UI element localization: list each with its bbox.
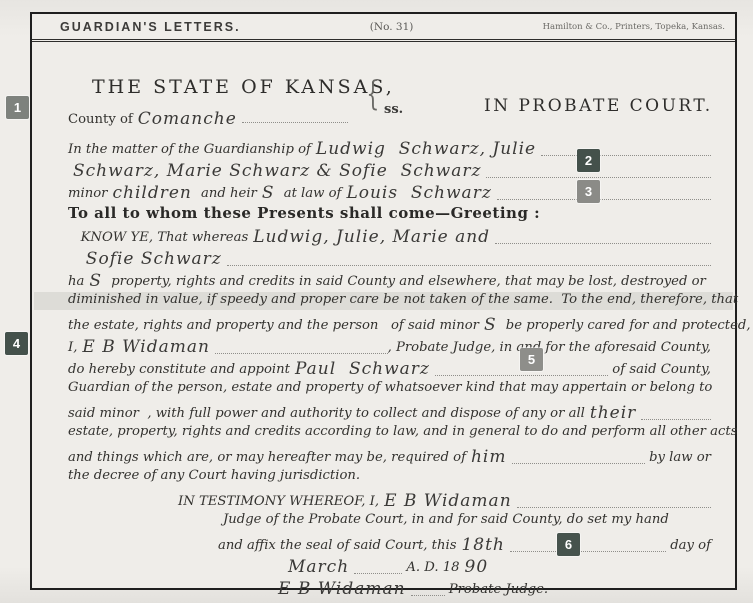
- fill-line: [411, 595, 445, 596]
- handwritten-text: E B Widaman: [82, 337, 210, 357]
- printed-text: KNOW YE, That whereas: [68, 230, 248, 245]
- county-line: County of Comanche: [68, 108, 348, 128]
- printed-text: estate, property, rights and credits acc…: [68, 424, 737, 439]
- handwritten-text: him: [471, 447, 507, 467]
- fill-line: [497, 199, 711, 200]
- handwritten-text: Schwarz, Marie Schwarz & Sofie Schwarz: [73, 161, 481, 181]
- handwritten-text: 18th: [461, 535, 504, 555]
- document-line: minorchildren and heirS at law ofLouis S…: [68, 182, 711, 204]
- fill-line: [486, 177, 711, 178]
- printed-text: In the matter of the Guardianship of: [68, 142, 311, 157]
- fill-line: [435, 375, 608, 376]
- handwritten-text: Sofie Schwarz: [73, 249, 222, 269]
- printed-text: diminished in value, if speedy and prope…: [68, 292, 738, 307]
- fill-line: [354, 573, 402, 574]
- state-title: THE STATE OF KANSAS,: [92, 76, 395, 98]
- handwritten-text: their: [590, 403, 636, 423]
- fill-line: [517, 507, 711, 508]
- handwritten-text: S: [484, 315, 497, 335]
- form-border-frame: GUARDIAN'S LETTERS. (No. 31) Hamilton & …: [30, 12, 737, 590]
- printed-text: Probate Judge.: [445, 582, 549, 597]
- fill-line: [215, 353, 388, 354]
- fill-line: [512, 463, 645, 464]
- fill-line: [242, 122, 348, 123]
- printed-text: Guardian of the person, estate and prope…: [68, 380, 712, 395]
- handwritten-text: S: [262, 183, 275, 203]
- printed-text: the estate, rights and property and the …: [68, 318, 479, 333]
- annotation-badge-5[interactable]: 5: [520, 348, 543, 371]
- printed-text: minor: [68, 186, 107, 201]
- document-line: said minor , with full power and authori…: [68, 402, 711, 424]
- document-line: IN TESTIMONY WHEREOF, I,E B Widaman: [178, 490, 711, 512]
- document-line: I,E B Widaman, Probate Judge, in and for…: [68, 336, 711, 358]
- printed-text: Judge of the Probate Court, in and for s…: [223, 512, 669, 527]
- handwritten-text: E B Widaman: [278, 579, 406, 599]
- handwritten-text: E B Widaman: [384, 491, 512, 511]
- printed-text: I,: [68, 340, 77, 355]
- printed-text: of said County,: [608, 362, 711, 377]
- annotation-badge-3[interactable]: 3: [577, 180, 600, 203]
- fill-line: [541, 155, 711, 156]
- printed-text: be properly cared for and protected,: [502, 318, 751, 333]
- printed-text: IN TESTIMONY WHEREOF, I,: [178, 494, 379, 509]
- document-line: Schwarz, Marie Schwarz & Sofie Schwarz: [68, 160, 711, 182]
- printed-text: , Probate Judge, in and for the aforesai…: [388, 340, 711, 355]
- document-line: To all to whom these Presents shall come…: [68, 204, 711, 226]
- document-line: estate, property, rights and credits acc…: [68, 424, 711, 446]
- fill-line: [495, 243, 711, 244]
- document-line: diminished in value, if speedy and prope…: [68, 292, 711, 314]
- printed-text: A. D. 18: [402, 560, 459, 575]
- annotation-badge-2[interactable]: 2: [577, 149, 600, 172]
- printed-text: and things which are, or may hereafter m…: [68, 450, 466, 465]
- handwritten-text: S: [89, 271, 102, 291]
- handwritten-text: Paul Schwarz: [295, 359, 430, 379]
- ss-brace: {: [366, 74, 379, 114]
- document-line: Judge of the Probate Court, in and for s…: [223, 512, 711, 534]
- printed-text: do hereby constitute and appoint: [68, 362, 290, 377]
- annotation-badge-4[interactable]: 4: [5, 332, 28, 355]
- fill-line: [510, 551, 666, 552]
- printed-text: day of: [666, 538, 711, 553]
- printed-text: said minor , with full power and authori…: [68, 406, 585, 421]
- printed-text: the decree of any Court having jurisdict…: [68, 468, 360, 483]
- handwritten-text: children: [112, 183, 191, 203]
- handwritten-text: Louis Schwarz: [346, 183, 491, 203]
- document-line: In the matter of the Guardianship ofLudw…: [68, 138, 711, 160]
- document-line: the estate, rights and property and the …: [68, 314, 711, 336]
- court-title: IN PROBATE COURT.: [484, 96, 713, 116]
- printed-text: property, rights and credits in said Cou…: [107, 274, 706, 289]
- fill-line: [227, 265, 711, 266]
- form-title: GUARDIAN'S LETTERS.: [60, 20, 241, 34]
- document-line: and things which are, or may hereafter m…: [68, 446, 711, 468]
- county-value-handwritten: Comanche: [138, 109, 237, 129]
- handwritten-text: 90: [465, 557, 489, 577]
- printed-text: by law or: [645, 450, 711, 465]
- ss-abbreviation: ss.: [384, 102, 403, 117]
- blackletter-text: To all to whom these Presents shall come…: [68, 204, 540, 222]
- printer-credit: Hamilton & Co., Printers, Topeka, Kansas…: [543, 22, 725, 32]
- document-line: haS property, rights and credits in said…: [68, 270, 711, 292]
- document-line: and affix the seal of said Court, this18…: [218, 534, 711, 556]
- printed-text: ha: [68, 274, 84, 289]
- fill-line: [641, 419, 711, 420]
- document-line: do hereby constitute and appointPaul Sch…: [68, 358, 711, 380]
- printed-text: and affix the seal of said Court, this: [218, 538, 456, 553]
- document-line: the decree of any Court having jurisdict…: [68, 468, 711, 490]
- annotation-badge-6[interactable]: 6: [557, 533, 580, 556]
- handwritten-text: March: [288, 557, 349, 577]
- annotation-badge-1[interactable]: 1: [6, 96, 29, 119]
- handwritten-text: Ludwig Schwarz, Julie: [316, 139, 536, 159]
- county-label: County of: [68, 112, 133, 127]
- handwritten-text: Ludwig, Julie, Marie and: [253, 227, 490, 247]
- document-line: E B Widaman Probate Judge.: [273, 578, 711, 600]
- printed-text: and heir: [197, 186, 257, 201]
- document-body: In the matter of the Guardianship ofLudw…: [68, 138, 711, 600]
- document-line: Sofie Schwarz: [68, 248, 711, 270]
- document-line: KNOW YE, That whereasLudwig, Julie, Mari…: [68, 226, 711, 248]
- printed-text: at law of: [280, 186, 342, 201]
- scanned-document: GUARDIAN'S LETTERS. (No. 31) Hamilton & …: [0, 0, 753, 603]
- document-line: March A. D. 1890: [283, 556, 711, 578]
- form-number: (No. 31): [241, 21, 543, 33]
- document-line: Guardian of the person, estate and prope…: [68, 380, 711, 402]
- form-header: GUARDIAN'S LETTERS. (No. 31) Hamilton & …: [32, 14, 735, 42]
